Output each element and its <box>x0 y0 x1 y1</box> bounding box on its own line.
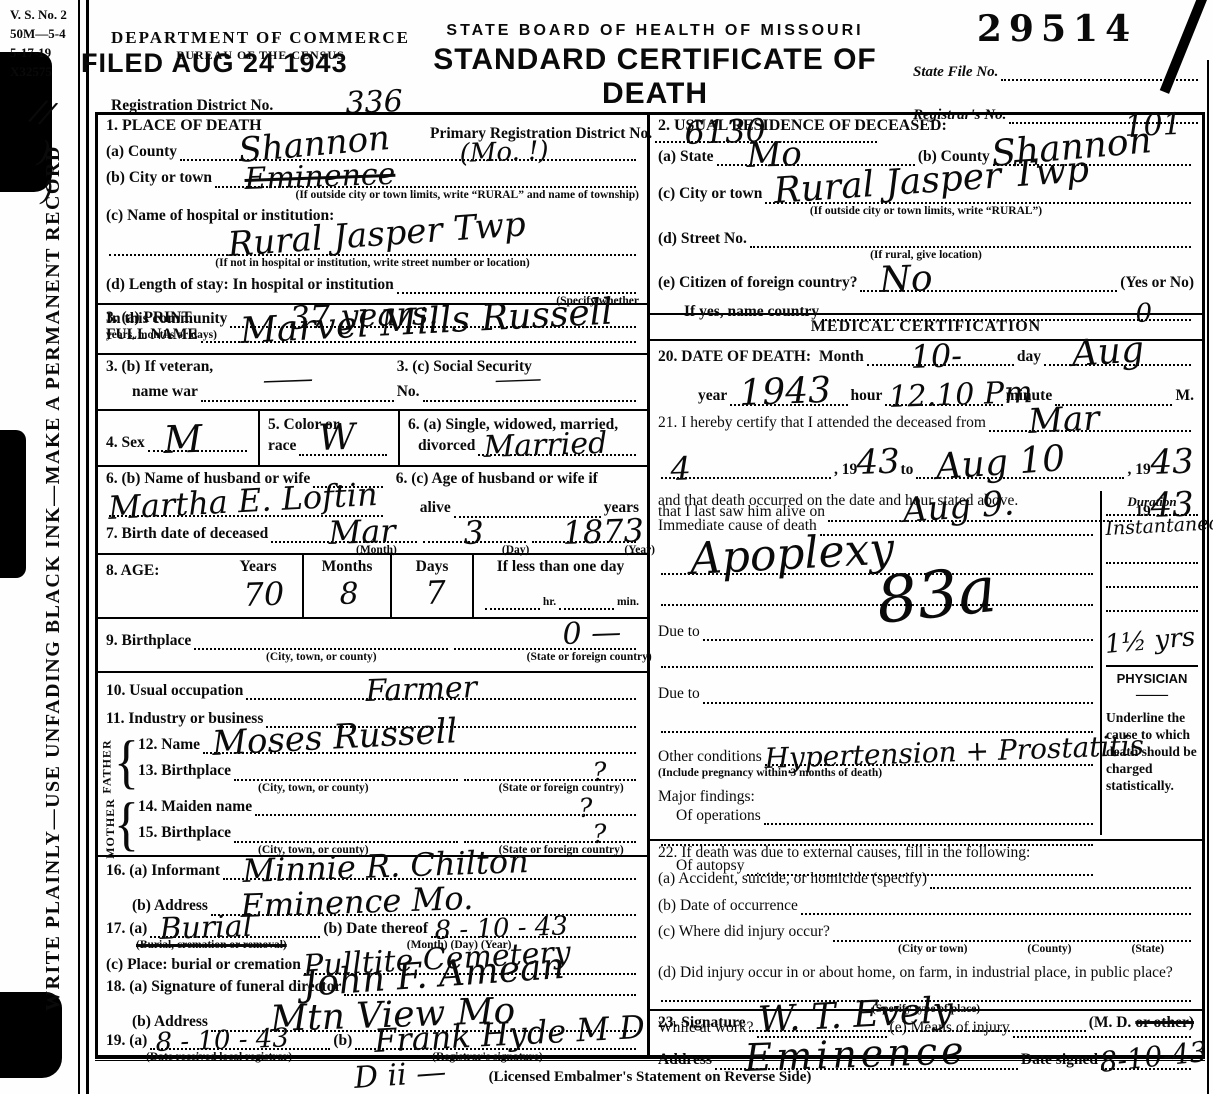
mother-birthplace-row: 15. Birthplace ? <box>138 823 639 842</box>
residence-citizen-row: (e) Citizen of foreign country? No (Yes … <box>658 273 1194 292</box>
physician-title: PHYSICIAN <box>1106 671 1198 686</box>
duration-line2 <box>1106 562 1198 564</box>
external-c-hint2: (County) <box>1027 943 1071 957</box>
veteran-cell: 3. (b) If veteran, name war ⸺ <box>106 357 397 405</box>
file-numbers-block: 29514 State File No. Registrar's No. <box>913 8 1201 124</box>
county-line: Shannon (Mo. !) <box>180 156 636 161</box>
registrar-item-label: 19. (a) <box>106 1031 147 1050</box>
occurred-row: and that death occurred on the date and … <box>658 491 1096 510</box>
ssn-label-2: No. <box>397 382 420 401</box>
age-less-header: If less than one day <box>474 557 647 576</box>
veteran-line: ⸺ <box>201 397 394 402</box>
external-a-line <box>930 884 1191 889</box>
section-external-causes: 22. If death was due to external causes,… <box>650 841 1202 1011</box>
birthplace-hints-row: (City, town, or county) (State or foreig… <box>106 651 639 665</box>
birth-day-line: 3 <box>423 538 527 543</box>
registrar-date-line: 8 - 10 - 43 <box>150 1045 330 1050</box>
certify-row1: 21. I hereby certify that I attended the… <box>658 413 1194 432</box>
marital-line: Married <box>478 451 636 456</box>
registrar-signature-line: Frank Hyde M D <box>355 1045 636 1050</box>
birth-year-line: 1873 <box>532 538 636 543</box>
external-c-row: (c) Where did injury occur? <box>658 922 1194 941</box>
father-birthplace-row: 13. Birthplace ? <box>138 761 639 780</box>
duration-header: Duration <box>1106 491 1198 512</box>
county-extra: (Mo. !) <box>459 140 549 166</box>
age-months-cell: Months 8 <box>302 555 390 617</box>
registrar-date-value: 8 - 10 - 43 <box>156 1027 290 1055</box>
department-line1: DEPARTMENT OF COMMERCE <box>111 28 410 48</box>
operations-line <box>764 820 1093 825</box>
residence-citizen-label: (e) Citizen of foreign country? <box>658 273 857 292</box>
mother-name-label: 14. Maiden name <box>138 797 252 816</box>
external-d-label: (d) Did injury occur in or about home, o… <box>658 963 1173 982</box>
other-conditions-line: Hypertension + Prostatitis <box>765 761 1093 766</box>
duration-physician-sidebar: Duration Instantaneous 1½ yrs PHYSICIAN … <box>1100 491 1202 835</box>
certify-from-line: Mar <box>989 427 1191 432</box>
form-code: V. S. No. 2 50M—5-4 5-17-19 X32575 <box>10 6 67 81</box>
residence-state-label: (a) State <box>658 147 714 166</box>
certify-from-day-line: 4 <box>661 474 831 479</box>
father-side: FATHER { <box>94 737 134 795</box>
city-line: Eminence <box>215 183 636 188</box>
immediate-duration-value: Instantaneous <box>1105 515 1198 540</box>
age-years-value: 70 <box>243 580 285 610</box>
blank-line3 <box>661 728 1093 733</box>
hospital-line-row: Rural Jasper Twp <box>106 251 639 256</box>
to-label: to <box>901 460 914 479</box>
county-label: (a) County <box>106 142 177 161</box>
father-birthplace-hint1: (City, town, or county) <box>258 782 369 796</box>
external-b-label: (b) Date of occurrence <box>658 896 798 915</box>
dod-hour-value: 12.10 Pm <box>888 379 1033 411</box>
section-sex-race-marital: 4. Sex M 5. Color or race <box>98 411 647 467</box>
dod-row2: year 1943 hour 12.10 Pm minute M. <box>658 386 1194 405</box>
veteran-label-2: name war <box>132 382 198 401</box>
veteran-value: ⸺ <box>260 365 312 394</box>
external-c-hint3: (State) <box>1132 943 1165 957</box>
blank-line-row1 <box>658 601 1096 606</box>
dod-year-value: 1943 <box>739 375 832 411</box>
mother-birthplace-label: 15. Birthplace <box>138 823 231 842</box>
father-birthplace-mark: ? <box>592 762 607 786</box>
section-place-of-death: 1. PLACE OF DEATH (a) County Shannon (Mo… <box>98 115 647 305</box>
age-less-cell: If less than one day hr. min. <box>472 555 647 617</box>
father-birthplace-line2: ? <box>464 776 636 781</box>
age-months-header: Months <box>304 557 390 576</box>
state-file-row: State File No. <box>913 64 1201 81</box>
residence-city-row: (c) City or town Rural Jasper Twp <box>658 184 1194 203</box>
dod-label: 20. DATE OF DEATH: <box>658 347 811 366</box>
birthplace-row: 9. Birthplace 0 — <box>106 631 639 650</box>
form-frame: 1. PLACE OF DEATH (a) County Shannon (Mo… <box>95 112 1205 1058</box>
race-label-2: race <box>268 436 296 455</box>
attended-to-line: Aug 10 <box>916 474 1124 479</box>
external-c-line <box>833 937 1191 942</box>
section-informant: 16. (a) Informant Minnie R. Chilton (b) … <box>98 857 647 915</box>
right-edge-rule <box>1207 60 1209 1094</box>
age-hr-label: hr. <box>543 596 556 610</box>
right-column: 2. USUAL RESIDENCE OF DECEASED: 101 (a) … <box>650 115 1202 1055</box>
residence-city-hint-row: (If outside city or town limits, write “… <box>658 205 1194 219</box>
birthplace-line1 <box>194 645 448 650</box>
registrar-b-label: (b) <box>333 1031 352 1050</box>
disposition-type-value: Burial <box>159 913 253 943</box>
birth-year-value: 1873 <box>562 517 644 549</box>
age-days-value: 7 <box>425 578 446 607</box>
ssn-line: ⸺ <box>423 397 636 402</box>
blank-line-row2 <box>658 663 1096 668</box>
birthplace-hint2: (State or foreign country) <box>527 651 652 665</box>
occurred-label: and that death occurred on the date and … <box>658 491 1018 510</box>
age-min-label: min. <box>617 596 639 610</box>
dod-month-label: Month <box>819 347 864 366</box>
blank-line1 <box>661 601 1093 606</box>
mother-name-mark: ? <box>578 798 593 822</box>
state-file-label: State File No. <box>913 64 998 81</box>
major-findings-row: Major findings: <box>658 787 1096 806</box>
dod-year-label: year <box>698 386 727 405</box>
dod-row1: 20. DATE OF DEATH: Month 10- day Aug <box>658 347 1194 366</box>
mother-name-row: 14. Maiden name ? <box>138 797 639 816</box>
section-usual-residence: 2. USUAL RESIDENCE OF DECEASED: 101 (a) … <box>650 115 1202 315</box>
external-b-row: (b) Date of occurrence <box>658 896 1194 915</box>
external-b-line <box>801 910 1191 915</box>
mother-birthplace-mark: ? <box>592 824 607 848</box>
external-d-row: (d) Did injury occur in or about home, o… <box>658 963 1194 982</box>
sex-value: M <box>163 422 203 458</box>
section-certify: 21. I hereby certify that I attended the… <box>650 411 1202 489</box>
year-prefix1: , 19 <box>834 460 857 479</box>
informant-value: Minnie R. Chilton <box>242 847 529 886</box>
birthdate-label: 7. Birth date of deceased <box>106 524 268 543</box>
birth-month-line: Mar <box>271 538 416 543</box>
blank-line2 <box>661 663 1093 668</box>
board-name: STATE BOARD OF HEALTH OF MISSOURI <box>430 22 880 40</box>
section-age: 8. AGE: Years 70 Months 8 Days 7 <box>98 555 647 619</box>
residence-street-row: (d) Street No. <box>658 229 1194 248</box>
section-spouse-birthdate: 6. (b) Name of husband or wife Martha E.… <box>98 467 647 555</box>
sex-cell: 4. Sex M <box>98 411 258 465</box>
section-veteran-ssn: 3. (b) If veteran, name war ⸺ 3. (c) Soc… <box>98 355 647 411</box>
dod-month-line: 10- <box>867 361 1014 366</box>
disposition-type-line: Burial <box>150 933 320 938</box>
due-to-label1: Due to <box>658 622 700 641</box>
ssn-value: ⸺ <box>492 365 540 392</box>
residence-citizen-value: No <box>879 263 933 297</box>
other-duration-value: 1½ yrs <box>1104 626 1198 657</box>
immediate-cause-value: Apoplexy <box>689 530 895 580</box>
certify-line1: 21. I hereby certify that I attended the… <box>658 413 986 432</box>
dod-day-value: Aug <box>1071 334 1145 371</box>
sex-race-marital-grid: 4. Sex M 5. Color or race <box>98 411 647 465</box>
due-to-line2 <box>703 699 1093 704</box>
dod-hour-label: hour <box>851 386 883 405</box>
city-row: (b) City or town Eminence <box>106 168 639 187</box>
hospital-hint-row: (If not in hospital or institution, writ… <box>106 257 639 271</box>
external-c-label: (c) Where did injury occur? <box>658 922 830 941</box>
father-name-value: Moses Russell <box>211 716 458 759</box>
md-struck: or other) <box>1135 1013 1194 1032</box>
burial-place-label: (c) Place: burial or cremation <box>106 955 301 974</box>
attended-from-month: Mar <box>1028 403 1101 437</box>
father-name-row: 12. Name Moses Russell <box>138 735 639 754</box>
md-prefix: (M. D. <box>1089 1013 1132 1032</box>
spouse-age-alive-label: alive <box>420 498 451 517</box>
margin-instruction: WRITE PLAINLY—USE UNFADING BLACK INK—MAK… <box>42 128 72 1028</box>
certify-row2: 4 , 1943 to Aug 10 , 1943 <box>658 448 1194 479</box>
age-grid: 8. AGE: Years 70 Months 8 Days 7 <box>98 555 647 617</box>
father-birthplace-label: 13. Birthplace <box>138 761 231 780</box>
section-birthplace: 9. Birthplace 0 — (City, town, or county… <box>98 619 647 673</box>
death-certificate-scan: V. S. No. 2 50M—5-4 5-17-19 X32575 // ) … <box>0 0 1213 1094</box>
external-heading-row: 22. If death was due to external causes,… <box>658 843 1194 862</box>
mother-name-line: ? <box>255 811 636 816</box>
spouse-age-label: 6. (c) Age of husband or wife if <box>396 469 639 488</box>
residence-city-label: (c) City or town <box>658 184 762 203</box>
year-prefix2: , 19 <box>1127 460 1150 479</box>
hospital-line: Rural Jasper Twp <box>109 251 636 256</box>
age-years-header: Years <box>214 557 302 576</box>
embalmer-note: (Licensed Embalmer's Statement on Revers… <box>95 1069 1205 1086</box>
section-full-name: 3. (a) PRINT FULL NAME Marvel Mills Russ… <box>98 305 647 355</box>
veteran-label-1: 3. (b) If veteran, <box>106 357 397 376</box>
spouse-cell: 6. (b) Name of husband or wife Martha E.… <box>106 469 386 518</box>
footer: D ii — (Licensed Embalmer's Statement on… <box>95 1058 1205 1086</box>
residence-street-line <box>750 243 1191 248</box>
external-a-row: (a) Accident, suicide, or homicide (spec… <box>658 869 1194 888</box>
residence-city-line: Rural Jasper Twp <box>765 199 1191 204</box>
informant-row: 16. (a) Informant Minnie R. Chilton <box>106 861 639 880</box>
age-years-cell: Years 70 <box>214 555 302 617</box>
father-vertical-label: FATHER <box>100 739 115 793</box>
spouse-age-cell: 6. (c) Age of husband or wife if alive y… <box>386 469 639 518</box>
father-brace: { <box>114 729 139 797</box>
marital-label-2: divorced <box>418 436 475 455</box>
print-label-line1: 3. (a) PRINT <box>106 309 192 326</box>
residence-citizen-line: No <box>860 287 1117 292</box>
age-hr-line <box>485 605 540 610</box>
disposition-item-label: 17. (a) <box>106 919 147 938</box>
birthdate-row: 7. Birth date of deceased Mar 3 1873 <box>106 524 639 543</box>
birthplace-line2: 0 — <box>454 645 636 650</box>
father-birthplace-hints: (City, town, or county) (State or foreig… <box>138 782 639 796</box>
birth-day-value: 3 <box>463 519 484 548</box>
father-name-label: 12. Name <box>138 735 200 754</box>
director-row: 18. (a) Signature of funeral director Jo… <box>106 977 639 996</box>
dod-day-label: day <box>1017 347 1041 366</box>
attended-to-value: Aug 10 <box>935 443 1066 484</box>
full-name-line: Marvel Mills Russell <box>201 338 636 343</box>
full-name-row: 3. (a) PRINT FULL NAME Marvel Mills Russ… <box>106 309 639 343</box>
mother-brace: { <box>114 791 139 859</box>
age-days-cell: Days 7 <box>390 555 472 617</box>
race-line: W <box>299 451 387 456</box>
filed-stamp: FILED AUG 24 1943 <box>81 48 348 79</box>
duration-line4 <box>1106 610 1198 612</box>
section-date-of-death: 20. DATE OF DEATH: Month 10- day Aug yea… <box>650 341 1202 411</box>
sex-line: M <box>148 447 247 452</box>
age-months-value: 8 <box>339 580 359 608</box>
race-cell: 5. Color or race W <box>258 411 398 465</box>
cause-main: and that death occurred on the date and … <box>658 491 1100 835</box>
ssn-cell: 3. (c) Social Security No. ⸺ <box>397 357 639 405</box>
left-edge-rule-1 <box>78 0 80 1094</box>
attestation-signature-label: 23. Signature <box>658 1013 746 1032</box>
other-conditions-row: Other conditions Hypertension + Prostati… <box>658 747 1096 766</box>
due-to-line1 <box>703 636 1093 641</box>
certificate-title: STANDARD CERTIFICATE OF DEATH <box>430 43 880 111</box>
age-label: 8. AGE: <box>106 562 159 579</box>
mother-birthplace-line1 <box>234 838 458 843</box>
due-to-row1: Due to <box>658 622 1096 641</box>
city-value: Eminence <box>244 160 396 192</box>
state-file-line <box>1001 76 1198 81</box>
city-label: (b) City or town <box>106 168 212 187</box>
residence-street-label: (d) Street No. <box>658 229 747 248</box>
marital-cell: 6. (a) Single, widowed, married, divorce… <box>398 411 647 465</box>
birthplace-hint1: (City, town, or county) <box>266 651 377 665</box>
section-occupation: 10. Usual occupation Farmer <box>98 673 647 705</box>
veteran-ssn-grid: 3. (b) If veteran, name war ⸺ 3. (c) Soc… <box>106 357 639 405</box>
residence-state-value: Mo <box>745 139 801 172</box>
major-findings-label: Major findings: <box>658 787 755 806</box>
other-conditions-label: Other conditions <box>658 747 762 766</box>
external-heading: 22. If death was due to external causes,… <box>658 843 1030 862</box>
dod-m-label: M. <box>1175 386 1194 405</box>
due-to-label2: Due to <box>658 684 700 703</box>
external-c-hints-row: (City or town) (County) (State) <box>658 943 1194 957</box>
stay-row: (d) Length of stay: In hospital or insti… <box>106 275 639 294</box>
operations-row: Of operations <box>658 806 1096 825</box>
due-to-row2: Due to <box>658 684 1096 703</box>
informant-label: 16. (a) Informant <box>106 861 220 880</box>
birthplace-label: 9. Birthplace <box>106 631 191 650</box>
residence-citizen-suffix: (Yes or No) <box>1120 273 1194 292</box>
marital-value: Married <box>483 429 608 460</box>
registrar-signature-value: Frank Hyde M D <box>374 1012 646 1055</box>
other-conditions-value: Hypertension + Prostatitis <box>764 732 1144 770</box>
mother-side: MOTHER { <box>94 799 134 855</box>
birth-month-value: Mar <box>328 517 396 548</box>
print-label-line2: FULL NAME <box>106 326 198 343</box>
father-birthplace-line1 <box>234 776 458 781</box>
attended-from-day: 4 <box>670 454 691 483</box>
occupation-row: 10. Usual occupation Farmer <box>106 681 639 700</box>
spouse-row: 6. (b) Name of husband or wife Martha E.… <box>106 469 639 518</box>
section-cause-of-death: and that death occurred on the date and … <box>650 489 1202 841</box>
operations-label: Of operations <box>676 806 761 825</box>
stay-label: (d) Length of stay: In hospital or insti… <box>106 275 394 294</box>
certificate-number: 29514 <box>913 8 1201 50</box>
occupation-label: 10. Usual occupation <box>106 681 243 700</box>
dod-year-line: 1943 <box>730 401 847 406</box>
certificate-body: DEPARTMENT OF COMMERCE BUREAU OF THE CEN… <box>95 0 1207 1094</box>
birthplace-mark: 0 — <box>562 619 622 648</box>
occupation-line: Farmer <box>246 695 636 700</box>
mother-birthplace-line2: ? <box>464 838 636 843</box>
duration-line3 <box>1106 586 1198 588</box>
footer-scribble: D ii — <box>353 1059 447 1092</box>
dod-day-line: Aug <box>1044 361 1191 366</box>
left-edge-rule-2 <box>86 0 89 1094</box>
registrar-row: 19. (a) 8 - 10 - 43 (b) Frank Hyde M D <box>106 1031 639 1050</box>
dod-month-value: 10- <box>910 341 963 372</box>
print-full-name-label: 3. (a) PRINT FULL NAME <box>106 309 198 343</box>
section-father: FATHER { 12. Name Moses Russell 13. Birt… <box>98 733 647 795</box>
external-a-label: (a) Accident, suicide, or homicide (spec… <box>658 869 927 888</box>
physician-dash: —— <box>1106 686 1198 704</box>
race-value: W <box>318 422 356 456</box>
age-label-cell: 8. AGE: <box>98 555 214 617</box>
left-column: 1. PLACE OF DEATH (a) County Shannon (Mo… <box>98 115 650 1055</box>
attended-from-year: 43 <box>856 447 900 479</box>
external-c-hint1: (City or town) <box>898 943 967 957</box>
attended-to-year: 43 <box>1150 447 1194 479</box>
dod-hour-line: 12.10 Pm <box>885 401 1002 406</box>
disposition-date-label: (b) Date thereof <box>323 919 428 938</box>
occupation-value: Farmer <box>365 674 477 705</box>
section-attestation: 23. Signature W. T. Evely (M. D. or othe… <box>650 1011 1202 1060</box>
father-name-line: Moses Russell <box>203 749 636 754</box>
sex-label: 4. Sex <box>106 433 145 452</box>
scan-blob-mid-left <box>0 430 26 578</box>
age-min-line <box>559 605 614 610</box>
